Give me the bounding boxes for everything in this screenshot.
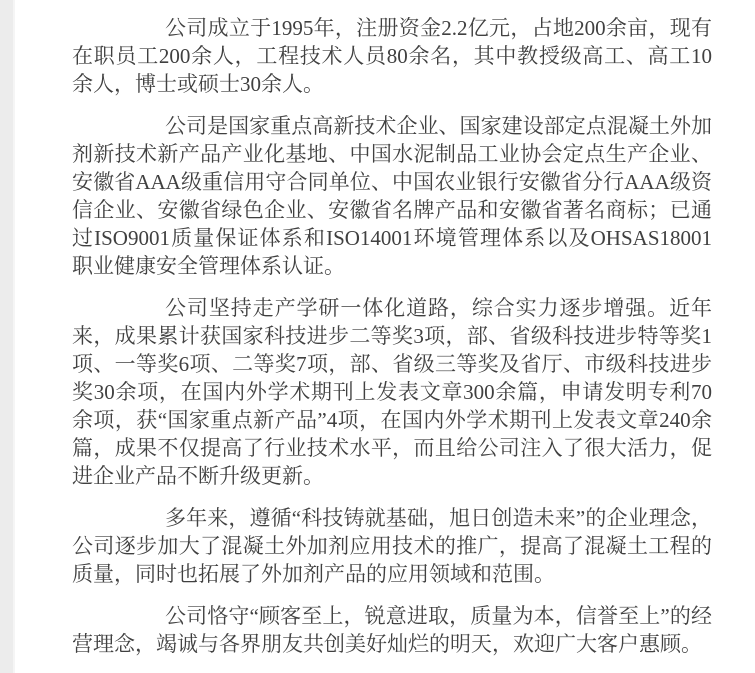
paragraph-company-founding: 公司成立于1995年，注册资金2.2亿元，占地200余亩，现有在职员工200余人… [72, 14, 712, 98]
document-content: 公司成立于1995年，注册资金2.2亿元，占地200余亩，现有在职员工200余人… [72, 14, 712, 672]
paragraph-customer-commitment: 公司恪守“顾客至上，锐意进取，质量为本，信誉至上”的经营理念，竭诚与各界朋友共创… [72, 602, 712, 658]
paragraph-company-honors-certifications: 公司是国家重点高新技术企业、国家建设部定点混凝土外加剂新技术新产品产业化基地、中… [72, 112, 712, 280]
page-left-margin-strip [0, 0, 15, 673]
paragraph-business-philosophy: 多年来，遵循“科技铸就基础，旭日创造未来”的企业理念，公司逐步加大了混凝土外加剂… [72, 504, 712, 588]
paragraph-research-achievements: 公司坚持走产学研一体化道路，综合实力逐步增强。近年来，成果累计获国家科技进步二等… [72, 294, 712, 490]
document-page: 公司成立于1995年，注册资金2.2亿元，占地200余亩，现有在职员工200余人… [0, 0, 755, 673]
